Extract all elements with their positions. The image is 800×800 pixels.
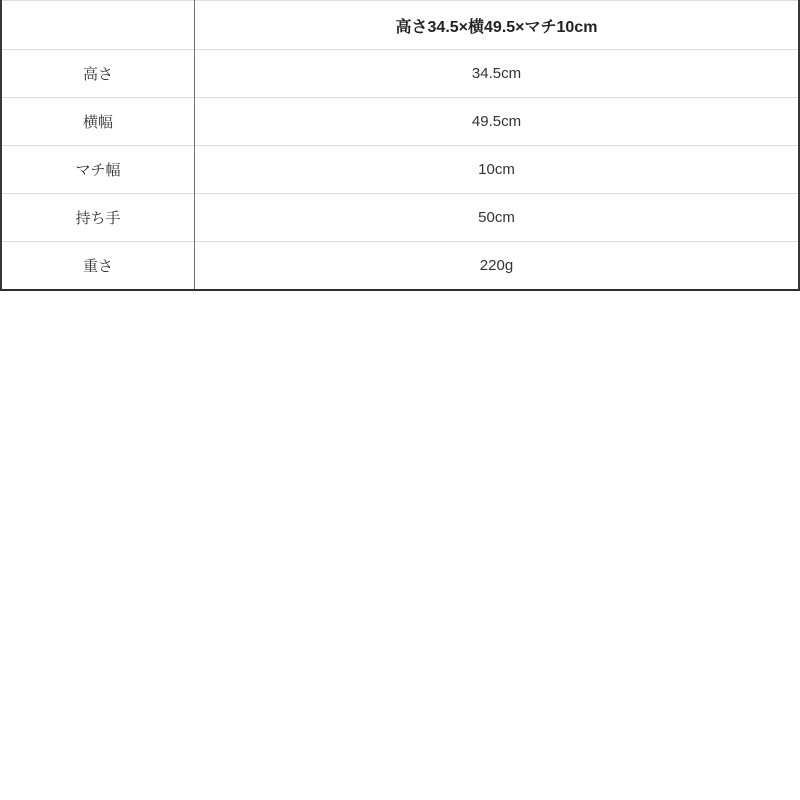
spec-row-weight: 重さ 220g: [1, 242, 799, 290]
spec-label-cell: 重さ: [1, 242, 194, 290]
spec-header-row: 高さ34.5×横49.5×マチ10cm: [1, 1, 799, 50]
spec-header-empty-cell: [1, 1, 194, 50]
spec-row-width: 横幅 49.5cm: [1, 98, 799, 146]
spec-value-cell: 50cm: [194, 194, 799, 242]
spec-row-height: 高さ 34.5cm: [1, 50, 799, 98]
spec-value-cell: 34.5cm: [194, 50, 799, 98]
spec-header-summary: 高さ34.5×横49.5×マチ10cm: [194, 1, 799, 50]
spec-label-cell: 横幅: [1, 98, 194, 146]
spec-label-cell: 持ち手: [1, 194, 194, 242]
spec-row-handle: 持ち手 50cm: [1, 194, 799, 242]
spec-value-cell: 10cm: [194, 146, 799, 194]
spec-value-cell: 220g: [194, 242, 799, 290]
size-spec-table: 高さ34.5×横49.5×マチ10cm 高さ 34.5cm 横幅 49.5cm …: [0, 0, 800, 291]
spec-value-cell: 49.5cm: [194, 98, 799, 146]
spec-label-cell: マチ幅: [1, 146, 194, 194]
spec-row-gusset: マチ幅 10cm: [1, 146, 799, 194]
spec-label-cell: 高さ: [1, 50, 194, 98]
